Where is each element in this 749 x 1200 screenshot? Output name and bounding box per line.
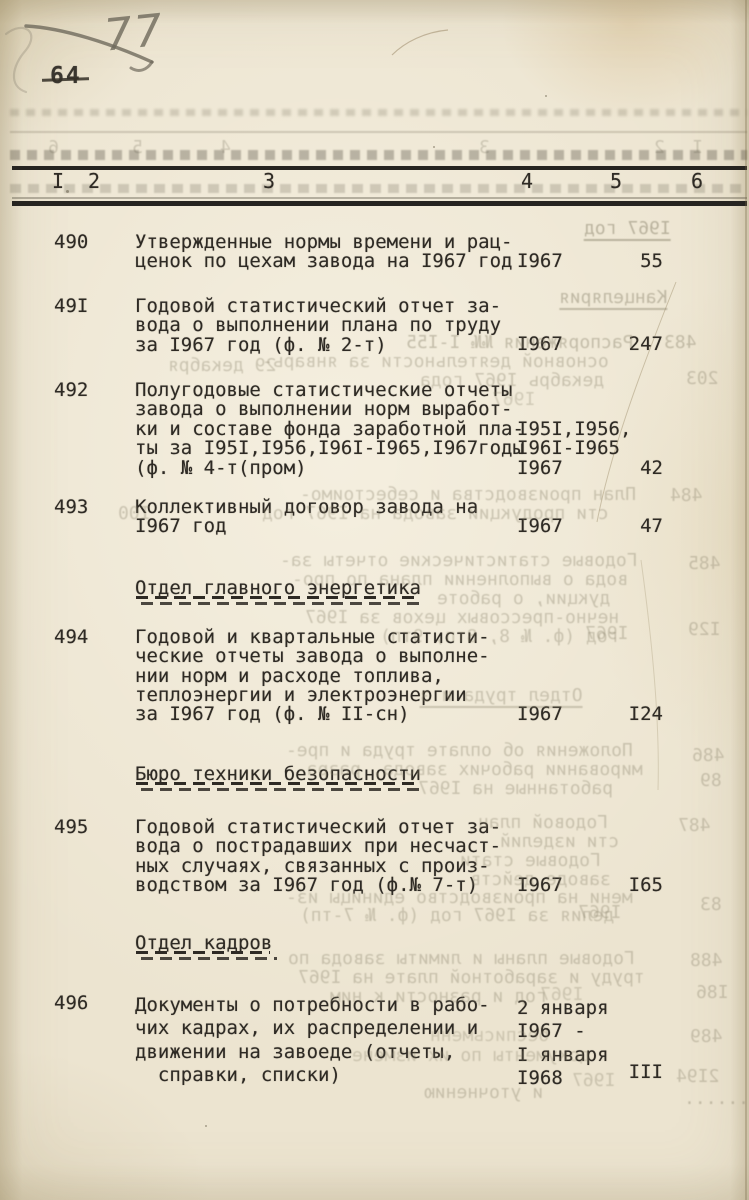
bleedthrough-text: сти продукции завода на I967 год	[262, 504, 609, 523]
section-heading: Отдел кадров	[135, 934, 272, 953]
bleedthrough-text: 487	[678, 816, 711, 835]
bleedthrough-text: дукции, о работе	[437, 589, 610, 608]
entry-number: 490	[54, 233, 88, 252]
bleedthrough-text: труду и заработной плате на I967	[298, 968, 645, 987]
bleedthrough-text: I29	[688, 620, 721, 639]
bleedthrough-text: Отдел труда и з	[420, 686, 583, 708]
bleedthrough-text: 83	[700, 895, 722, 914]
entry-pages-count: 42	[590, 459, 663, 478]
entry-pages-count: I24	[590, 705, 663, 724]
entry-number: 494	[54, 628, 88, 647]
bleedthrough-text: сти изделий	[500, 832, 619, 851]
dashed-underline	[136, 596, 419, 599]
bleedthrough-text: работанные на I967	[418, 779, 613, 798]
dust-speck	[433, 146, 435, 148]
bleedthrough-text: 89	[700, 771, 722, 790]
bleedthrough-text: 489	[690, 1027, 723, 1046]
entry-description: Полугодовые статистические отчеты завода…	[135, 381, 524, 478]
bleedthrough-text: год (ф. № 8, 8тп, 9тп)	[380, 627, 618, 646]
bleedthrough-text: Годовые планы и лимиты завода по	[288, 949, 635, 968]
bleedthrough-text: вода о выполнении плана по про-	[292, 570, 628, 589]
bleedthrough-text: документы по их измене	[352, 1046, 590, 1065]
bleedthrough-text: Распоряжения №№ I-I55	[406, 333, 634, 352]
scratch-line	[641, 560, 658, 790]
bleedthrough-text: 203	[686, 369, 719, 388]
bleedthrough-text: и уточнению	[424, 1083, 543, 1102]
bleedthrough-text: I967	[492, 390, 535, 409]
entry-number: 492	[54, 381, 88, 400]
bleedthrough-text: год и разности к ним	[330, 987, 547, 1006]
entry-description: Годовой статистический отчет за- вода о …	[135, 818, 501, 895]
scanned-document-page: 77 64 6 5 4 3 2 I I 2 3 4 5 6 490Утвержд…	[0, 0, 749, 1200]
bleedthrough-text: I967	[585, 624, 628, 643]
dashed-underline	[141, 957, 277, 960]
crease-line	[392, 30, 448, 55]
bleedthrough-text: 484	[670, 486, 703, 505]
bleedthrough-text: I967 год	[584, 219, 671, 241]
bleedthrough-text: нечно-прессовых цехов за I967	[305, 608, 619, 627]
dust-speck	[545, 95, 547, 97]
bleedthrough-text: План производства и себестоимо-	[300, 485, 636, 504]
bleedthrough-text: I967	[578, 903, 621, 922]
bleedthrough-text: I00	[118, 504, 151, 523]
dust-speck	[205, 1125, 207, 1127]
entry-number: 495	[54, 818, 88, 837]
bleedthrough-text: 29 декабря	[168, 356, 276, 375]
bleedthrough-text: декабрь I967 года	[420, 371, 604, 390]
bleedthrough-text: Канцелярия	[559, 288, 667, 310]
entry-pages-count: 55	[590, 252, 663, 271]
bleedthrough-text: I86	[696, 983, 729, 1002]
bleedthrough-text: Годовые стати	[460, 851, 601, 870]
bleedthrough-text: I967	[540, 985, 583, 1004]
bleedthrough-text: мировании рабочих завода, разра-	[296, 760, 643, 779]
bleedthrough-text: делия за I967 год (ф. № 7-тп)	[300, 906, 614, 925]
bleedthrough-text: Годовой план	[478, 813, 608, 832]
bleedthrough-text: Годовые статистические отчеты за-	[280, 551, 638, 570]
dust-speck	[66, 190, 69, 193]
bleedthrough-text: 486	[692, 746, 725, 765]
bleedthrough-text: основной деятельности за январь-	[262, 352, 609, 371]
bleedthrough-text: 483	[664, 333, 697, 352]
bleedthrough-text: бесписьменн	[430, 1026, 549, 1045]
bleedthrough-text: 2I94	[676, 1067, 719, 1086]
bleedthrough-text: ......	[684, 1089, 749, 1108]
dashed-underline	[141, 602, 426, 605]
bleedthrough-text: I967	[572, 1071, 615, 1090]
dashed-underline	[141, 788, 426, 791]
page-edge	[745, 0, 747, 1200]
entry-description: Утвержденные нормы времени и рац- ценок …	[135, 233, 513, 272]
entry-number: 496	[54, 994, 88, 1013]
bleedthrough-text: 488	[690, 951, 723, 970]
dashed-underline	[136, 782, 419, 785]
bleedthrough-text: Положения об оплате труда и пре-	[286, 741, 633, 760]
entry-number: 49I	[54, 297, 88, 316]
entry-dates: I967	[517, 252, 563, 271]
entry-number: 493	[54, 498, 88, 517]
dashed-underline	[136, 951, 270, 954]
bleedthrough-text: 485	[688, 554, 721, 573]
